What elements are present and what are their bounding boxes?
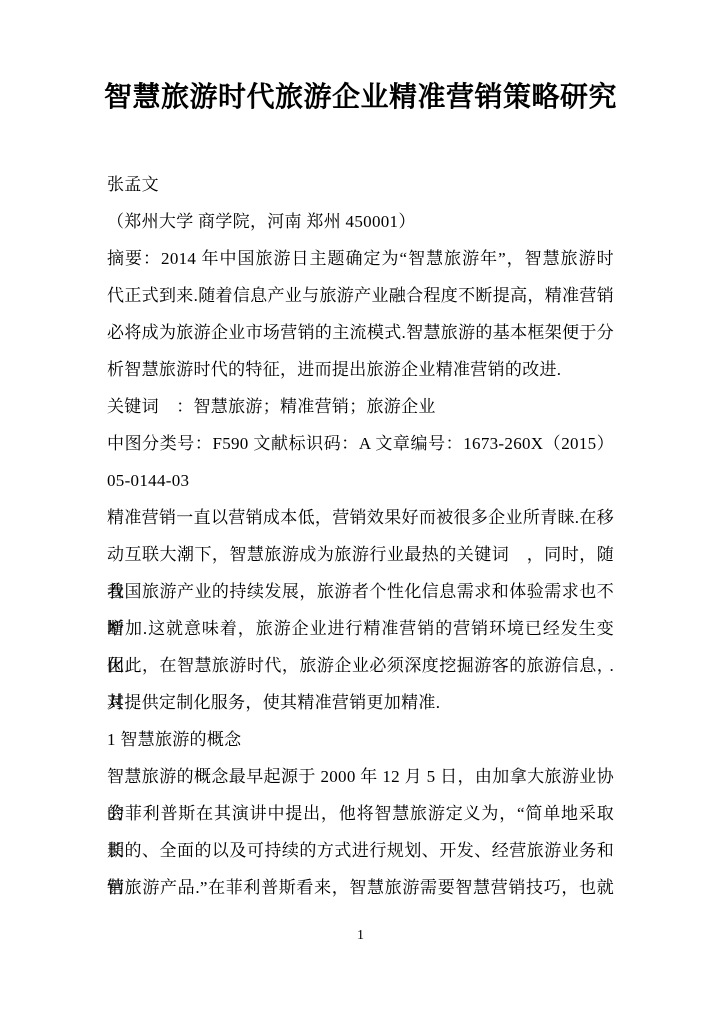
document-body: 张孟文（郑州大学 商学院，河南 郑州 450001）摘要：2014 年中国旅游日… (107, 166, 614, 906)
section-1-line-2: 的菲利普斯在其演讲中提出，他将智慧旅游定义为，“简单地采取长 (107, 795, 614, 832)
abstract-line-1: 摘要：2014 年中国旅游日主题确定为“智慧旅游年”，智慧旅游时 (107, 240, 614, 277)
intro-line-4: 增加.这就意味着，旅游企业进行精准营销的营销环境已经发生变化. (107, 610, 614, 647)
intro-line-5: 因此，在智慧旅游时代，旅游企业必须深度挖掘游客的旅游信息，对 (107, 647, 614, 684)
document-page: 智慧旅游时代旅游企业精准营销策略研究 张孟文（郑州大学 商学院，河南 郑州 45… (0, 0, 721, 1020)
abstract-line-2: 代正式到来.随着信息产业与旅游产业融合程度不断提高，精准营销 (107, 277, 614, 314)
classification-line-2: 05-0144-03 (107, 462, 614, 499)
affiliation-line: （郑州大学 商学院，河南 郑州 450001） (107, 203, 614, 240)
document-title: 智慧旅游时代旅游企业精准营销策略研究 (0, 82, 721, 114)
section-1-line-4: 销旅游产品.”在菲利普斯看来，智慧旅游需要智慧营销技巧，也就 (107, 869, 614, 906)
keywords-line: 关键词 ：智慧旅游；精准营销；旅游企业 (107, 388, 614, 425)
author-line: 张孟文 (107, 166, 614, 203)
classification-line-1: 中图分类号：F590 文献标识码：A 文章编号：1673-260X（2015） (107, 425, 614, 462)
abstract-line-3: 必将成为旅游企业市场营销的主流模式.智慧旅游的基本框架便于分 (107, 314, 614, 351)
abstract-line-4: 析智慧旅游时代的特征，进而提出旅游企业精准营销的改进. (107, 351, 614, 388)
intro-line-2: 动互联大潮下，智慧旅游成为旅游行业最热的关键词 ，同时，随着 (107, 536, 614, 573)
intro-line-6: 其提供定制化服务，使其精准营销更加精准. (107, 684, 614, 721)
page-number: 1 (0, 926, 721, 946)
intro-line-3: 我国旅游产业的持续发展，旅游者个性化信息需求和体验需求也不断 (107, 573, 614, 610)
intro-line-1: 精准营销一直以营销成本低，营销效果好而被很多企业所青睐.在移 (107, 499, 614, 536)
section-1-heading: 1 智慧旅游的概念 (107, 721, 614, 758)
section-1-line-1: 智慧旅游的概念最早起源于 2000 年 12 月 5 日，由加拿大旅游业协会 (107, 758, 614, 795)
section-1-line-3: 期的、全面的以及可持续的方式进行规划、开发、经营旅游业务和营 (107, 832, 614, 869)
